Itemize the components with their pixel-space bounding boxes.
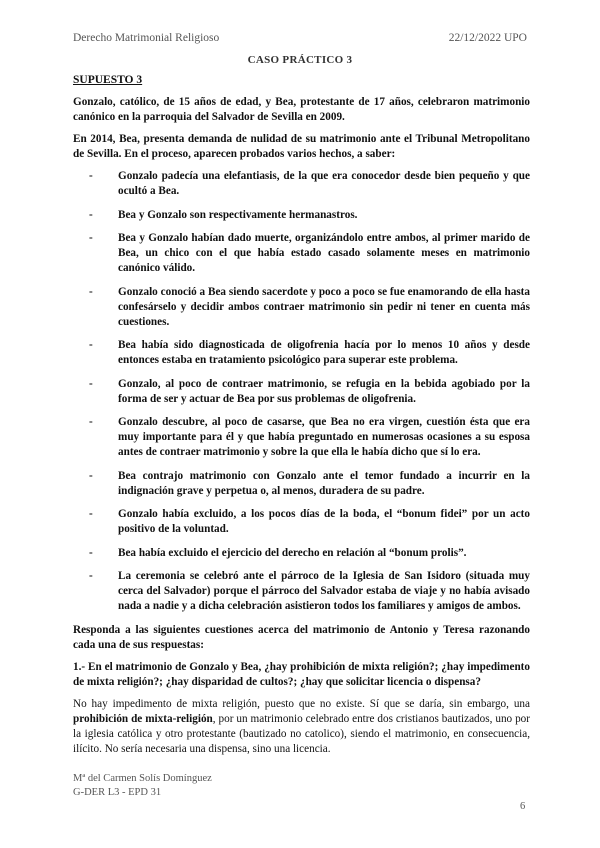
document-title: CASO PRÁCTICO 3: [0, 54, 600, 66]
instruction-paragraph: Responda a las siguientes cuestiones ace…: [73, 623, 530, 653]
list-item: -La ceremonia se celebró ante el párroco…: [73, 569, 530, 614]
dash-bullet-icon: -: [89, 338, 93, 353]
section-heading: SUPUESTO 3: [73, 73, 530, 88]
intro-paragraph-1: Gonzalo, católico, de 15 años de edad, y…: [73, 95, 530, 125]
facts-list: -Gonzalo padecía una elefantiasis, de la…: [73, 169, 530, 614]
list-item: -Gonzalo descubre, al poco de casarse, q…: [73, 415, 530, 460]
list-item: -Bea había excluido el ejercicio del der…: [73, 546, 530, 561]
list-item: -Bea y Gonzalo habían dado muerte, organ…: [73, 231, 530, 276]
header-course-title: Derecho Matrimonial Religioso: [73, 32, 219, 44]
list-item: -Gonzalo, al poco de contraer matrimonio…: [73, 377, 530, 407]
question-1: 1.- En el matrimonio de Gonzalo y Bea, ¿…: [73, 660, 530, 690]
dash-bullet-icon: -: [89, 285, 93, 300]
page-number: 6: [520, 801, 525, 812]
answer-1-emphasis: prohibición de mixta-religión: [73, 713, 213, 725]
answer-1: No hay impedimento de mixta religión, pu…: [73, 697, 530, 757]
footer-course-code: G-DER L3 - EPD 31: [73, 786, 212, 800]
dash-bullet-icon: -: [89, 377, 93, 392]
intro-paragraph-2: En 2014, Bea, presenta demanda de nulida…: [73, 132, 530, 162]
document-body: SUPUESTO 3 Gonzalo, católico, de 15 años…: [73, 73, 530, 764]
page-footer: Mª del Carmen Solís Domínguez G-DER L3 -…: [73, 772, 212, 800]
dash-bullet-icon: -: [89, 169, 93, 184]
dash-bullet-icon: -: [89, 415, 93, 430]
dash-bullet-icon: -: [89, 569, 93, 584]
dash-bullet-icon: -: [89, 469, 93, 484]
dash-bullet-icon: -: [89, 546, 93, 561]
list-item: -Bea había sido diagnosticada de oligofr…: [73, 338, 530, 368]
list-item: -Gonzalo había excluido, a los pocos día…: [73, 507, 530, 537]
list-item: -Bea contrajo matrimonio con Gonzalo ant…: [73, 469, 530, 499]
list-item: -Bea y Gonzalo son respectivamente herma…: [73, 208, 530, 223]
dash-bullet-icon: -: [89, 208, 93, 223]
header-date-institution: 22/12/2022 UPO: [449, 32, 527, 44]
list-item: -Gonzalo padecía una elefantiasis, de la…: [73, 169, 530, 199]
page-header: Derecho Matrimonial Religioso 22/12/2022…: [73, 32, 527, 46]
dash-bullet-icon: -: [89, 507, 93, 522]
dash-bullet-icon: -: [89, 231, 93, 246]
list-item: -Gonzalo conoció a Bea siendo sacerdote …: [73, 285, 530, 330]
footer-author: Mª del Carmen Solís Domínguez: [73, 772, 212, 786]
